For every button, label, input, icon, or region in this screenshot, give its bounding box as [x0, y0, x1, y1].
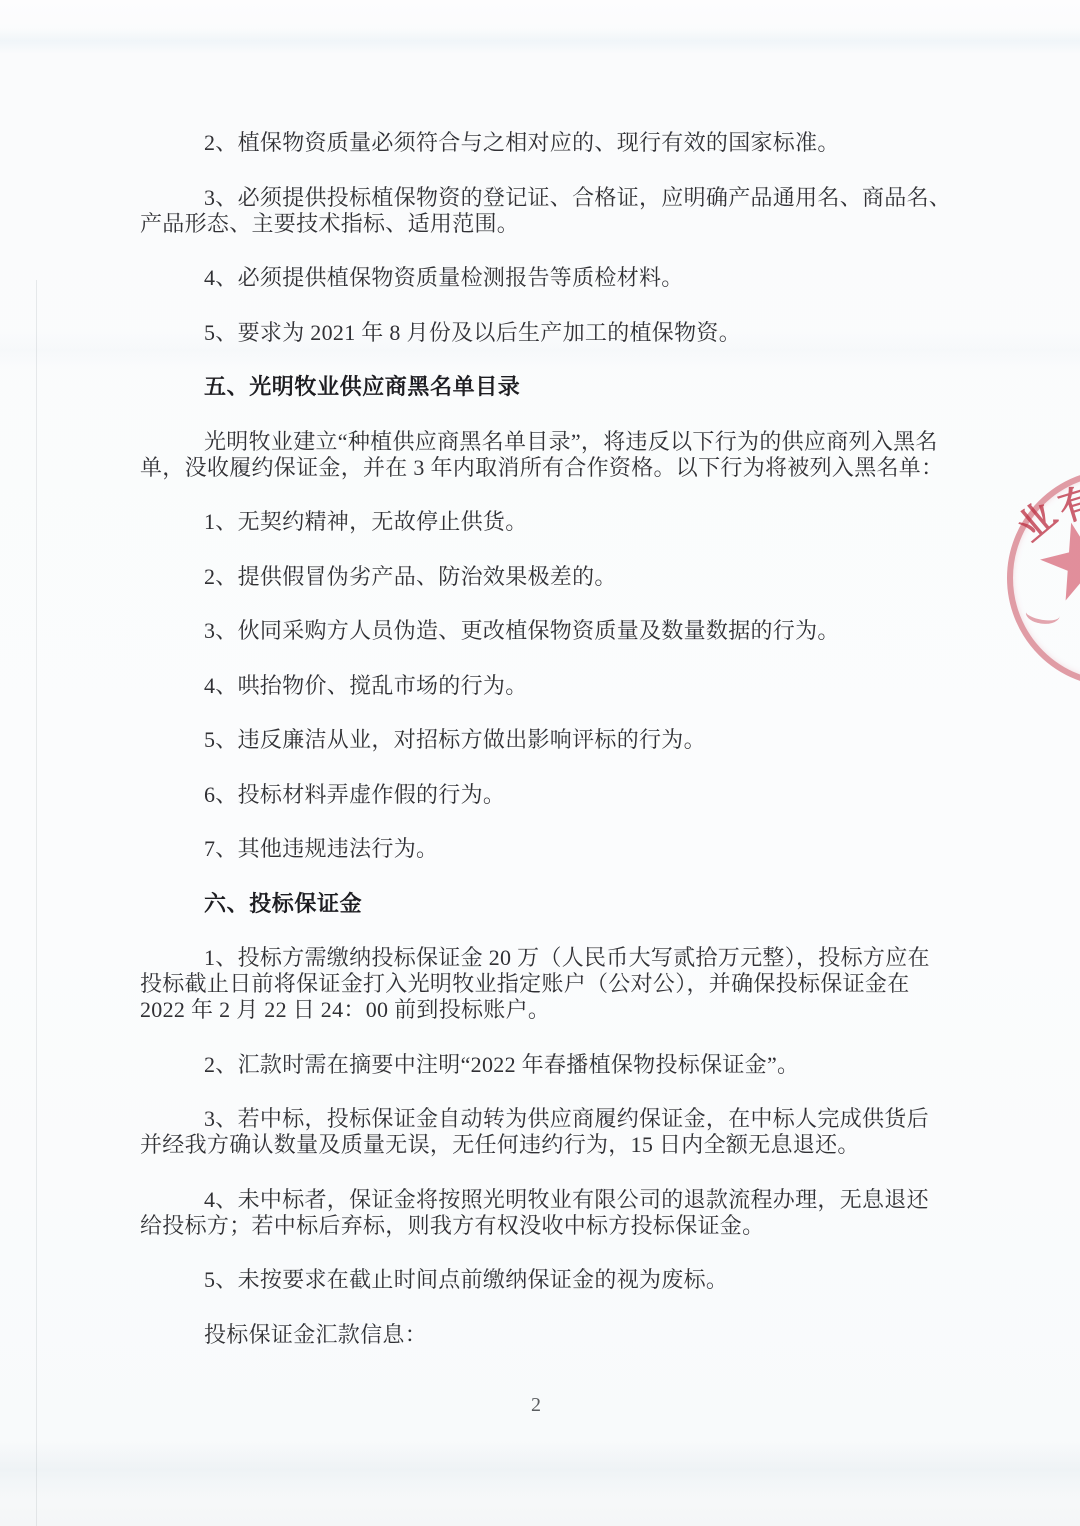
body-paragraph: 投标保证金汇款信息： [140, 1322, 932, 1348]
seal-star-icon: ★ [1009, 493, 1080, 638]
page-fold-line [36, 280, 37, 1526]
clause-line: 3、若中标，投标保证金自动转为供应商履约保证金，在中标人完成供货后 [140, 1106, 932, 1132]
clause-item: 2、汇款时需在摘要中注明“2022 年春播植保物投标保证金”。 [140, 1052, 932, 1078]
clause-line: 2、提供假冒伪劣产品、防治效果极差的。 [140, 564, 932, 590]
seal-character: 有 [1051, 470, 1080, 532]
clause-line: 2022 年 2 月 22 日 24：00 前到投标账户。 [140, 997, 932, 1023]
section-heading-blacklist: 五、光明牧业供应商黑名单目录 [140, 374, 932, 400]
clause-item: 6、投标材料弄虚作假的行为。 [140, 782, 932, 808]
clause-line: 4、未中标者，保证金将按照光明牧业有限公司的退款流程办理，无息退还 [140, 1187, 932, 1213]
seal-ink-fragment [1024, 600, 1062, 628]
scan-artifact [0, 28, 1080, 54]
document-page: 2、植保物资质量必须符合与之相对应的、现行有效的国家标准。 3、必须提供投标植保… [0, 0, 1080, 1526]
clause-item: 3、伙同采购方人员伪造、更改植保物资质量及数量数据的行为。 [140, 618, 932, 644]
clause-line: 5、未按要求在截止时间点前缴纳保证金的视为废标。 [140, 1267, 932, 1293]
paragraph-line: 投标保证金汇款信息： [140, 1322, 932, 1348]
clause-item: 5、未按要求在截止时间点前缴纳保证金的视为废标。 [140, 1267, 932, 1293]
body-paragraph: 光明牧业建立“种植供应商黑名单目录”，将违反以下行为的供应商列入黑名 单，没收履… [140, 429, 932, 481]
section-heading-text: 五、光明牧业供应商黑名单目录 [140, 374, 932, 400]
document-body: 2、植保物资质量必须符合与之相对应的、现行有效的国家标准。 3、必须提供投标植保… [140, 130, 932, 1348]
clause-line: 4、哄抬物价、搅乱市场的行为。 [140, 673, 932, 699]
clause-item: 3、若中标，投标保证金自动转为供应商履约保证金，在中标人完成供货后 并经我方确认… [140, 1106, 932, 1158]
clause-line: 并经我方确认数量及质量无误，无任何违约行为，15 日内全额无息退还。 [140, 1132, 932, 1158]
clause-line: 给投标方；若中标后弃标，则我方有权没收中标方投标保证金。 [140, 1213, 932, 1239]
scan-artifact [0, 1440, 1080, 1500]
clause-line: 1、投标方需缴纳投标保证金 20 万（人民币大写贰拾万元整），投标方应在 [140, 945, 932, 971]
clause-item: 4、未中标者，保证金将按照光明牧业有限公司的退款流程办理，无息退还 给投标方；若… [140, 1187, 932, 1239]
clause-item: 7、其他违规违法行为。 [140, 836, 932, 862]
section-heading-deposit: 六、投标保证金 [140, 891, 932, 917]
paragraph-line: 单，没收履约保证金，并在 3 年内取消所有合作资格。以下行为将被列入黑名单： [140, 455, 932, 481]
seal-ring [1007, 469, 1080, 687]
section-heading-text: 六、投标保证金 [140, 891, 932, 917]
paragraph-line: 光明牧业建立“种植供应商黑名单目录”，将违反以下行为的供应商列入黑名 [140, 429, 932, 455]
clause-line: 5、要求为 2021 年 8 月份及以后生产加工的植保物资。 [140, 320, 932, 346]
clause-item: 2、提供假冒伪劣产品、防治效果极差的。 [140, 564, 932, 590]
clause-item: 5、违反廉洁从业，对招标方做出影响评标的行为。 [140, 727, 932, 753]
clause-item: 4、必须提供植保物资质量检测报告等质检材料。 [140, 265, 932, 291]
clause-line: 6、投标材料弄虚作假的行为。 [140, 782, 932, 808]
clause-line: 2、汇款时需在摘要中注明“2022 年春播植保物投标保证金”。 [140, 1052, 932, 1078]
clause-item: 2、植保物资质量必须符合与之相对应的、现行有效的国家标准。 [140, 130, 932, 156]
clause-line: 3、伙同采购方人员伪造、更改植保物资质量及数量数据的行为。 [140, 618, 932, 644]
clause-item: 5、要求为 2021 年 8 月份及以后生产加工的植保物资。 [140, 320, 932, 346]
clause-line: 投标截止日前将保证金打入光明牧业指定账户（公对公），并确保投标保证金在 [140, 971, 932, 997]
clause-item: 4、哄抬物价、搅乱市场的行为。 [140, 673, 932, 699]
clause-item: 1、投标方需缴纳投标保证金 20 万（人民币大写贰拾万元整），投标方应在 投标截… [140, 945, 932, 1023]
clause-line: 5、违反廉洁从业，对招标方做出影响评标的行为。 [140, 727, 932, 753]
clause-item: 1、无契约精神，无故停止供货。 [140, 509, 932, 535]
clause-line: 1、无契约精神，无故停止供货。 [140, 509, 932, 535]
seal-character: 业 [1003, 486, 1066, 551]
clause-line: 2、植保物资质量必须符合与之相对应的、现行有效的国家标准。 [140, 130, 932, 156]
clause-line: 7、其他违规违法行为。 [140, 836, 932, 862]
page-number: 2 [140, 1394, 932, 1417]
clause-line: 3、必须提供投标植保物资的登记证、合格证，应明确产品通用名、商品名、 [140, 185, 932, 211]
clause-item: 3、必须提供投标植保物资的登记证、合格证，应明确产品通用名、商品名、 产品形态、… [140, 185, 932, 237]
clause-line: 产品形态、主要技术指标、适用范围。 [140, 211, 932, 237]
clause-line: 4、必须提供植保物资质量检测报告等质检材料。 [140, 265, 932, 291]
